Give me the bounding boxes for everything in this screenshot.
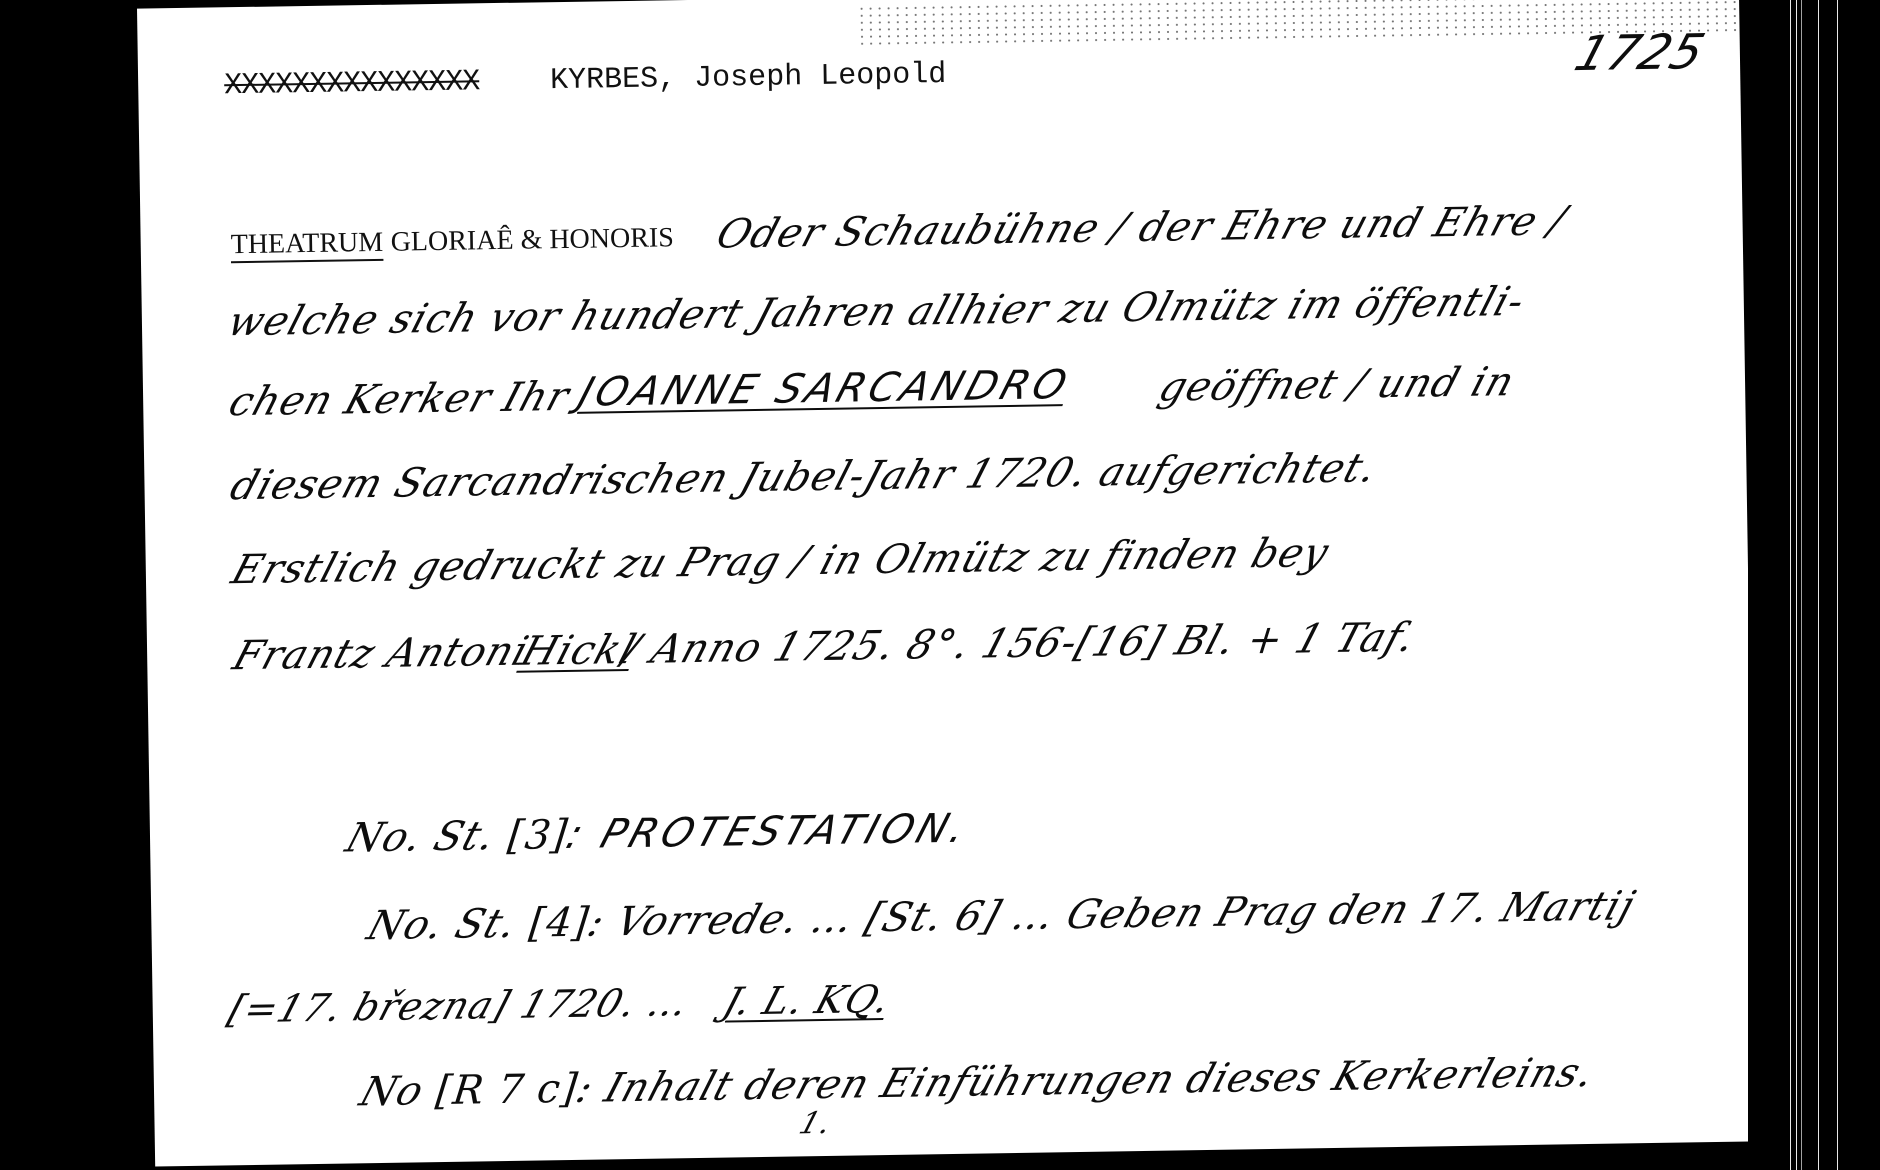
note-1-text: : PROTESTATION. [561, 806, 975, 859]
note-3: No [R 7 c]: Inhalt deren Einführungen di… [354, 1050, 1600, 1116]
note-2-text: : Vorrede. … [St. 6] … Geben Prag den 17… [582, 883, 1641, 946]
note-1: No. St. [3]: PROTESTATION. [340, 806, 975, 862]
handwritten-line-3: chen Kerker Ihr [224, 374, 576, 426]
note-2-prefix: No. St. [362, 901, 523, 950]
handwritten-line-1: Oder Schaubühne / der Ehre und Ehre / [711, 198, 1572, 258]
handwritten-line-5: Erstlich gedruckt zu Prag / in Olmütz zu… [226, 530, 1335, 593]
author-name: KYRBES, Joseph Leopold [550, 58, 947, 98]
note-3-prefix: No [354, 1068, 429, 1115]
handwritten-line-6a: Frantz Antoni [228, 628, 535, 679]
year-annotation: 1725 [1568, 24, 1711, 82]
film-edge-right [1748, 0, 1880, 1170]
note-2-continuation: [=17. března] 1720. … J. L. KQ. [223, 977, 896, 1032]
note-1-prefix: No. St. [340, 813, 501, 862]
note-2: No. St. [4]: Vorrede. … [St. 6] … Geben … [362, 883, 1641, 949]
handwritten-line-6b: / Anno 1725. 8°. 156-[16] Bl. + 1 Taf. [618, 615, 1422, 674]
note-3-footnote-mark: 1. [795, 1106, 836, 1142]
handwritten-line-4: diesem Sarcandrischen Jubel-Jahr 1720. a… [225, 445, 1383, 509]
note-2-date: [=17. března] 1720. … [223, 980, 695, 1031]
typed-title-theatrum: THEATRUM [230, 227, 383, 261]
struck-out-heading: XXXXXXXXXXXXXXX [224, 65, 480, 103]
handwritten-line-3b: geöffnet / und in [1153, 359, 1520, 411]
note-3-text: : Inhalt deren Einführungen dieses Kerke… [571, 1050, 1600, 1112]
typed-title-rest: GLORIAÊ & HONORIS [390, 222, 674, 258]
catalogue-card: XXXXXXXXXXXXXXX KYRBES, Joseph Leopold 1… [137, 0, 1757, 1167]
handwritten-name-sarcandro: JOANNE SARCANDRO [573, 362, 1075, 416]
handwritten-line-2: welche sich vor hundert Jahren allhier z… [222, 279, 1530, 346]
note-3-number: [R 7 c] [429, 1066, 585, 1114]
note-2-signature: J. L. KQ. [718, 977, 896, 1024]
microfilm-frame: XXXXXXXXXXXXXXX KYRBES, Joseph Leopold 1… [0, 0, 1880, 1170]
